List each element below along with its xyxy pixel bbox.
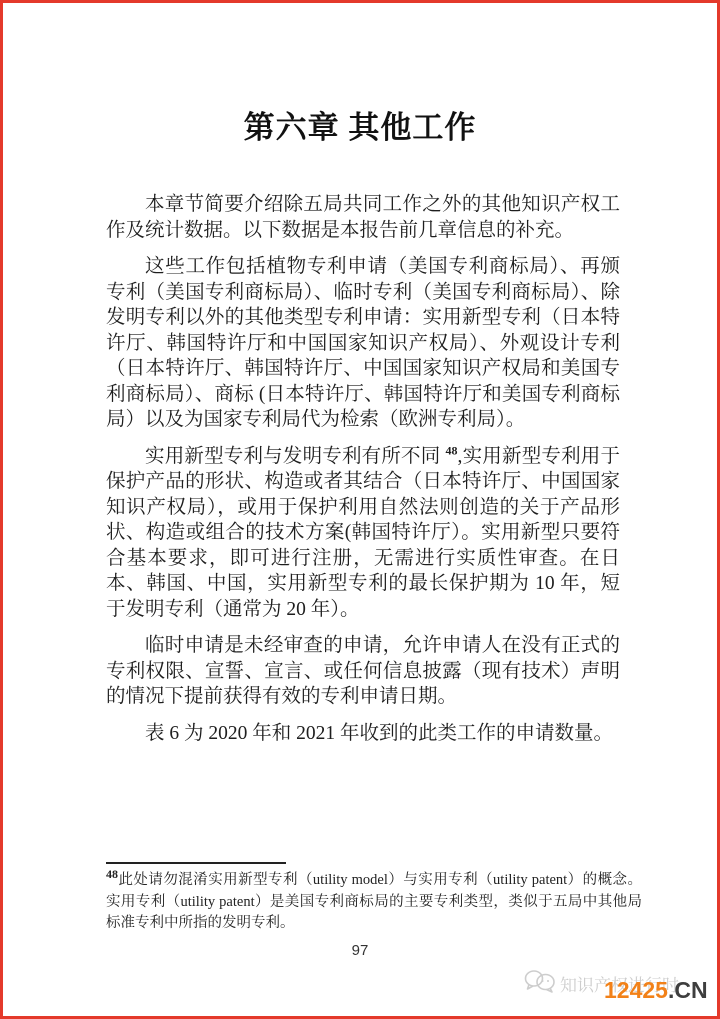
footnote-separator-rule: [106, 862, 286, 864]
body-text: 本章节简要介绍除五局共同工作之外的其他知识产权工作及统计数据。以下数据是本报告前…: [106, 192, 620, 757]
page-number: 97: [3, 942, 717, 959]
footnote: 48此处请勿混淆实用新型专利（utility model）与实用专利（utili…: [106, 870, 642, 935]
paragraph-utility-model: 实用新型专利与发明专利有所不同 48,实用新型专利用于保护产品的形状、构造或者其…: [106, 444, 620, 623]
footnote-marker-48: 48: [106, 867, 118, 881]
paragraph-table-reference: 表 6 为 2020 年和 2021 年收到的此类工作的申请数量。: [106, 721, 620, 747]
document-page: 第六章 其他工作 本章节简要介绍除五局共同工作之外的其他知识产权工作及统计数据。…: [0, 0, 720, 1019]
footnote-reference-48: 48: [446, 443, 458, 457]
chat-bubbles-icon: [524, 969, 555, 998]
watermark: 知识产权进行时 12425.CN: [524, 969, 706, 1003]
footnote-text: 此处请勿混淆实用新型专利（utility model）与实用专利（utility…: [106, 872, 642, 931]
paragraph-utility-model-text-end: ,实用新型专利用于保护产品的形状、构造或者其结合（日本特许厅、中国国家知识产权局…: [106, 446, 620, 620]
watermark-site-tld: .CN: [668, 977, 708, 1003]
watermark-url: 12425.CN: [604, 979, 708, 1002]
paragraph-work-types: 这些工作包括植物专利申请（美国专利商标局）、再颁专利（美国专利商标局）、临时专利…: [106, 254, 620, 433]
paragraph-provisional: 临时申请是未经审查的申请，允许申请人在没有正式的专利权限、宣誓、宣言、或任何信息…: [106, 633, 620, 710]
paragraph-utility-model-text-start: 实用新型专利与发明专利有所不同: [145, 446, 446, 467]
watermark-site-code: 12425: [604, 977, 668, 1003]
paragraph-intro: 本章节简要介绍除五局共同工作之外的其他知识产权工作及统计数据。以下数据是本报告前…: [106, 192, 620, 243]
chapter-title: 第六章 其他工作: [3, 102, 717, 147]
